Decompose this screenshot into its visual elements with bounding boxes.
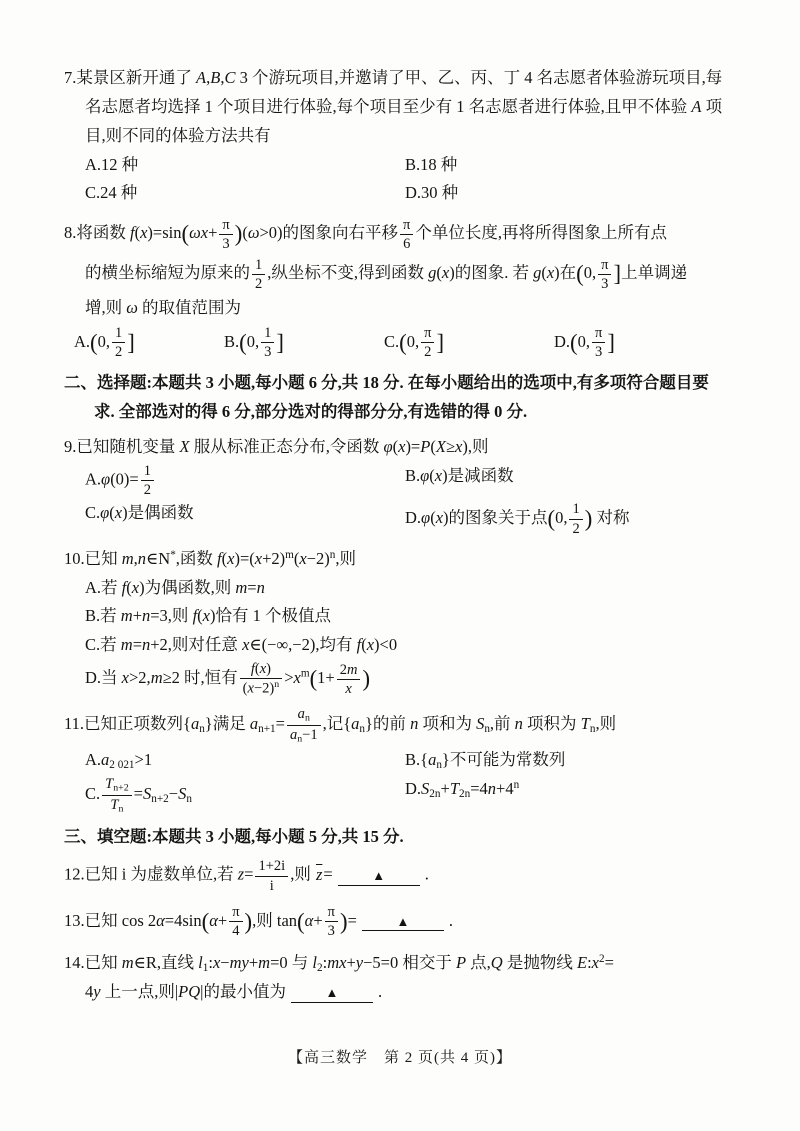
question-10-option-d: D.当 x>2,m≥2 时,恒有f(x)(x−2)n>xm(1+2mx) [85,659,748,698]
question-10-option-b: B.若 m+n=3,则 f(x)恰有 1 个极值点 [85,602,748,630]
question-7-option-d: D.30 种 [405,179,748,207]
question-8-line-2: 的横坐标缩短为原来的12,纵坐标不变,得到函数 g(x)的图象. 若 g(x)在… [64,254,748,294]
question-11-option-d: D.S2n+T2n=4n+4n [405,775,748,816]
question-8-option-c: C.(0,π2] [384,323,554,362]
question-8-options: A.(0,12] B.(0,13] C.(0,π2] D.(0,π3] [64,323,748,362]
question-11-option-b: B.{an}不可能为常数列 [405,746,748,775]
question-8-line-1: 8.将函数 f(x)=sin(ωx+π3)(ω>0)的图象向右平移π6个单位长度… [64,214,748,254]
question-9-option-d: D.φ(x)的图象关于点(0,12) 对称 [405,499,748,538]
question-11-options: A.a2 021>1 B.{an}不可能为常数列 C.Tn+2Tn=Sn+2−S… [64,746,748,816]
section-fill-header: 三、填空题:本题共 3 小题,每小题 5 分,共 15 分. [64,823,748,852]
question-7-option-b: B.18 种 [405,151,748,179]
question-12-line-1: 12.已知 i 为虚数单位,若 z=1+2ii,则 z=▲. [64,857,748,894]
question-7: 7.某景区新开通了 A,B,C 3 个游玩项目,并邀请了甲、乙、丙、丁 4 名志… [64,64,748,207]
question-14: 14.已知 m∈R,直线 l1:x−my+m=0 与 l2:mx+y−5=0 相… [64,949,748,1007]
question-7-line-2: 名志愿者均选择 1 个项目进行体验,每个项目至少有 1 名志愿者进行体验,且甲不… [64,93,748,122]
question-10-option-c: C.若 m=n+2,则对任意 x∈(−∞,−2),均有 f(x)<0 [85,631,748,659]
question-14-line-1: 14.已知 m∈R,直线 l1:x−my+m=0 与 l2:mx+y−5=0 相… [64,949,748,978]
question-10-options: A.若 f(x)为偶函数,则 m=n B.若 m+n=3,则 f(x)恰有 1 … [64,574,748,698]
question-10: 10.已知 m,n∈N*,函数 f(x)=(x+2)m(x−2)n,则 A.若 … [64,545,748,698]
question-7-option-a: A.12 种 [85,151,405,179]
question-9-option-c: C.φ(x)是偶函数 [85,499,405,538]
question-10-option-a: A.若 f(x)为偶函数,则 m=n [85,574,748,602]
question-7-line-3: 目,则不同的体验方法共有 [64,122,748,151]
question-9-options: A.φ(0)=12 B.φ(x)是减函数 C.φ(x)是偶函数 D.φ(x)的图… [64,462,748,538]
question-7-option-c: C.24 种 [85,179,405,207]
question-8: 8.将函数 f(x)=sin(ωx+π3)(ω>0)的图象向右平移π6个单位长度… [64,214,748,362]
exam-content: 7.某景区新开通了 A,B,C 3 个游玩项目,并邀请了甲、乙、丙、丁 4 名志… [0,0,800,1007]
section-choice-line-2: 求. 全部选对的得 6 分,部分选对的得部分分,有选错的得 0 分. [64,398,748,427]
question-13-line-1: 13.已知 cos 2α=4sin(α+π4),则 tan(α+π3)=▲. [64,902,748,942]
question-9-option-a: A.φ(0)=12 [85,462,405,499]
question-11-line-1: 11.已知正项数列{an}满足 an+1=anan−1,记{an}的前 n 项和… [64,705,748,746]
question-12: 12.已知 i 为虚数单位,若 z=1+2ii,则 z=▲. [64,857,748,894]
question-9-option-b: B.φ(x)是减函数 [405,462,748,499]
question-10-line-1: 10.已知 m,n∈N*,函数 f(x)=(x+2)m(x−2)n,则 [64,545,748,574]
question-8-option-b: B.(0,13] [224,323,384,362]
section-choice-line-1: 二、选择题:本题共 3 小题,每小题 6 分,共 18 分. 在每小题给出的选项… [64,369,748,398]
section-choice-header: 二、选择题:本题共 3 小题,每小题 6 分,共 18 分. 在每小题给出的选项… [64,369,748,427]
section-fill-line-1: 三、填空题:本题共 3 小题,每小题 5 分,共 15 分. [64,823,748,852]
question-7-line-1: 7.某景区新开通了 A,B,C 3 个游玩项目,并邀请了甲、乙、丙、丁 4 名志… [64,64,748,93]
question-8-option-d: D.(0,π3] [554,323,748,362]
question-11-option-a: A.a2 021>1 [85,746,405,775]
page-footer: 【高三数学 第 2 页(共 4 页)】 [0,1046,800,1067]
question-14-line-2: 4y 上一点,则|PQ|的最小值为▲. [64,978,748,1007]
question-11: 11.已知正项数列{an}满足 an+1=anan−1,记{an}的前 n 项和… [64,705,748,815]
exam-page: 7.某景区新开通了 A,B,C 3 个游玩项目,并邀请了甲、乙、丙、丁 4 名志… [0,0,800,1131]
question-8-line-3: 增,则 ω 的取值范围为 [64,294,748,323]
question-9-line-1: 9.已知随机变量 X 服从标准正态分布,令函数 φ(x)=P(X≥x),则 [64,433,748,462]
question-7-options: A.12 种 B.18 种 C.24 种 D.30 种 [64,151,748,208]
question-9: 9.已知随机变量 X 服从标准正态分布,令函数 φ(x)=P(X≥x),则 A.… [64,433,748,538]
question-13: 13.已知 cos 2α=4sin(α+π4),则 tan(α+π3)=▲. [64,902,748,942]
question-11-option-c: C.Tn+2Tn=Sn+2−Sn [85,775,405,816]
question-8-option-a: A.(0,12] [74,323,224,362]
